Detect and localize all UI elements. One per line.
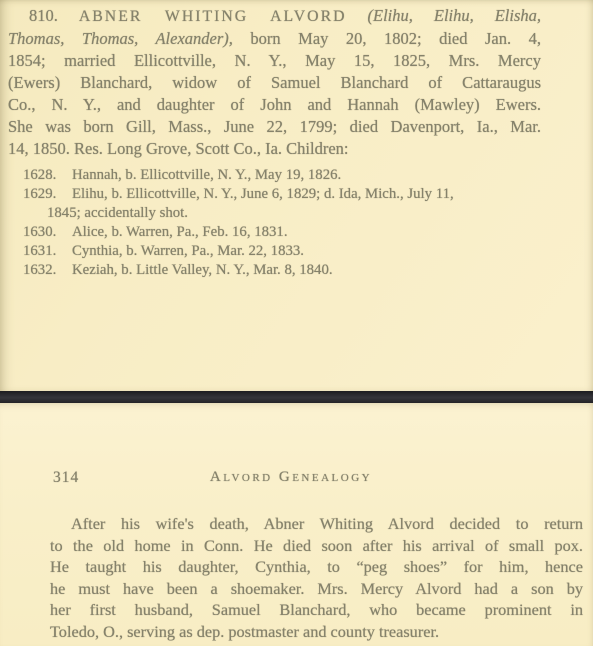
top-page-fragment: 810. ABNER WHITING ALVORD (Elihu, Elihu,…	[0, 0, 593, 391]
text-segment: (Ewers) Blanchard, widow of Samuel Blanc…	[8, 73, 541, 92]
page-divider-bar	[0, 391, 593, 403]
child-entry-line: 1845; accidentally shot.	[23, 204, 583, 223]
text-line: to the old home in Conn. He died soon af…	[50, 535, 583, 557]
child-text: 1845; accidentally shot.	[47, 204, 188, 223]
text-segment: Toledo, O., serving as dep. postmaster a…	[50, 622, 439, 641]
child-number: 1628.	[23, 166, 72, 185]
children-list: 1628.Hannah, b. Ellicottville, N. Y., Ma…	[23, 166, 583, 280]
text-segment: Co., N. Y., and daughter of John and Han…	[8, 95, 541, 114]
text-segment: She was born Gill, Mass., June 22, 1799;…	[8, 117, 541, 136]
text-segment: After his wife's death, Abner Whiting Al…	[71, 514, 583, 533]
text-segment: her first husband, Samuel Blanchard, who…	[50, 600, 583, 619]
text-segment: Thomas, Thomas, Alexander),	[8, 29, 233, 48]
text-line: After his wife's death, Abner Whiting Al…	[50, 513, 583, 535]
text-line: Thomas, Thomas, Alexander), born May 20,…	[8, 28, 541, 50]
child-entry-line: 1632.Keziah, b. Little Valley, N. Y., Ma…	[23, 261, 583, 280]
text-segment: 810.	[29, 6, 58, 25]
text-segment: to the old home in Conn. He died soon af…	[50, 536, 583, 555]
book-scan: 810. ABNER WHITING ALVORD (Elihu, Elihu,…	[0, 0, 593, 646]
text-line: (Ewers) Blanchard, widow of Samuel Blanc…	[8, 72, 541, 94]
child-text: Alice, b. Warren, Pa., Feb. 16, 1831.	[72, 223, 288, 242]
text-segment	[58, 6, 79, 25]
child-number: 1631.	[23, 242, 72, 261]
text-segment: ABNER WHITING ALVORD	[79, 8, 347, 25]
child-text: Keziah, b. Little Valley, N. Y., Mar. 8,…	[72, 261, 333, 280]
child-text: Cynthia, b. Warren, Pa., Mar. 22, 1833.	[72, 242, 304, 261]
text-segment: born May 20, 1802; died Jan. 4,	[233, 29, 541, 48]
child-text: Hannah, b. Ellicottville, N. Y., May 19,…	[72, 166, 341, 185]
child-text: Elihu, b. Ellicottville, N. Y., June 6, …	[72, 185, 454, 204]
running-title: Alvord Genealogy	[0, 469, 582, 486]
text-line: Toledo, O., serving as dep. postmaster a…	[50, 621, 583, 643]
text-line: Co., N. Y., and daughter of John and Han…	[8, 94, 541, 116]
entry-paragraph: 810. ABNER WHITING ALVORD (Elihu, Elihu,…	[8, 5, 541, 160]
text-line: he must have been a shoemaker. Mrs. Merc…	[50, 578, 583, 600]
text-segment: (Elihu, Elihu, Elisha,	[368, 6, 542, 25]
text-segment	[347, 6, 368, 25]
closing-paragraph: After his wife's death, Abner Whiting Al…	[50, 513, 583, 642]
child-entry-line: 1631.Cynthia, b. Warren, Pa., Mar. 22, 1…	[23, 242, 583, 261]
child-number: 1632.	[23, 261, 72, 280]
text-line: He taught his daughter, Cynthia, to “peg…	[50, 556, 583, 578]
text-segment: he must have been a shoemaker. Mrs. Merc…	[50, 579, 583, 598]
text-line: 14, 1850. Res. Long Grove, Scott Co., Ia…	[8, 138, 541, 160]
bottom-page-fragment: 314 Alvord Genealogy After his wife's de…	[0, 403, 593, 646]
text-line: 810. ABNER WHITING ALVORD (Elihu, Elihu,…	[8, 5, 541, 28]
text-line: She was born Gill, Mass., June 22, 1799;…	[8, 116, 541, 138]
child-entry-line: 1628.Hannah, b. Ellicottville, N. Y., Ma…	[23, 166, 583, 185]
text-segment: 1854; married Ellicottville, N. Y., May …	[8, 51, 541, 70]
text-segment: He taught his daughter, Cynthia, to “peg…	[50, 557, 583, 576]
running-head: 314 Alvord Genealogy	[0, 469, 582, 487]
child-entry-line: 1630.Alice, b. Warren, Pa., Feb. 16, 183…	[23, 223, 583, 242]
child-entry-line: 1629.Elihu, b. Ellicottville, N. Y., Jun…	[23, 185, 583, 204]
child-number: 1629.	[23, 185, 72, 204]
text-segment: 14, 1850. Res. Long Grove, Scott Co., Ia…	[8, 139, 349, 158]
child-number: 1630.	[23, 223, 72, 242]
text-line: 1854; married Ellicottville, N. Y., May …	[8, 50, 541, 72]
text-line: her first husband, Samuel Blanchard, who…	[50, 599, 583, 621]
